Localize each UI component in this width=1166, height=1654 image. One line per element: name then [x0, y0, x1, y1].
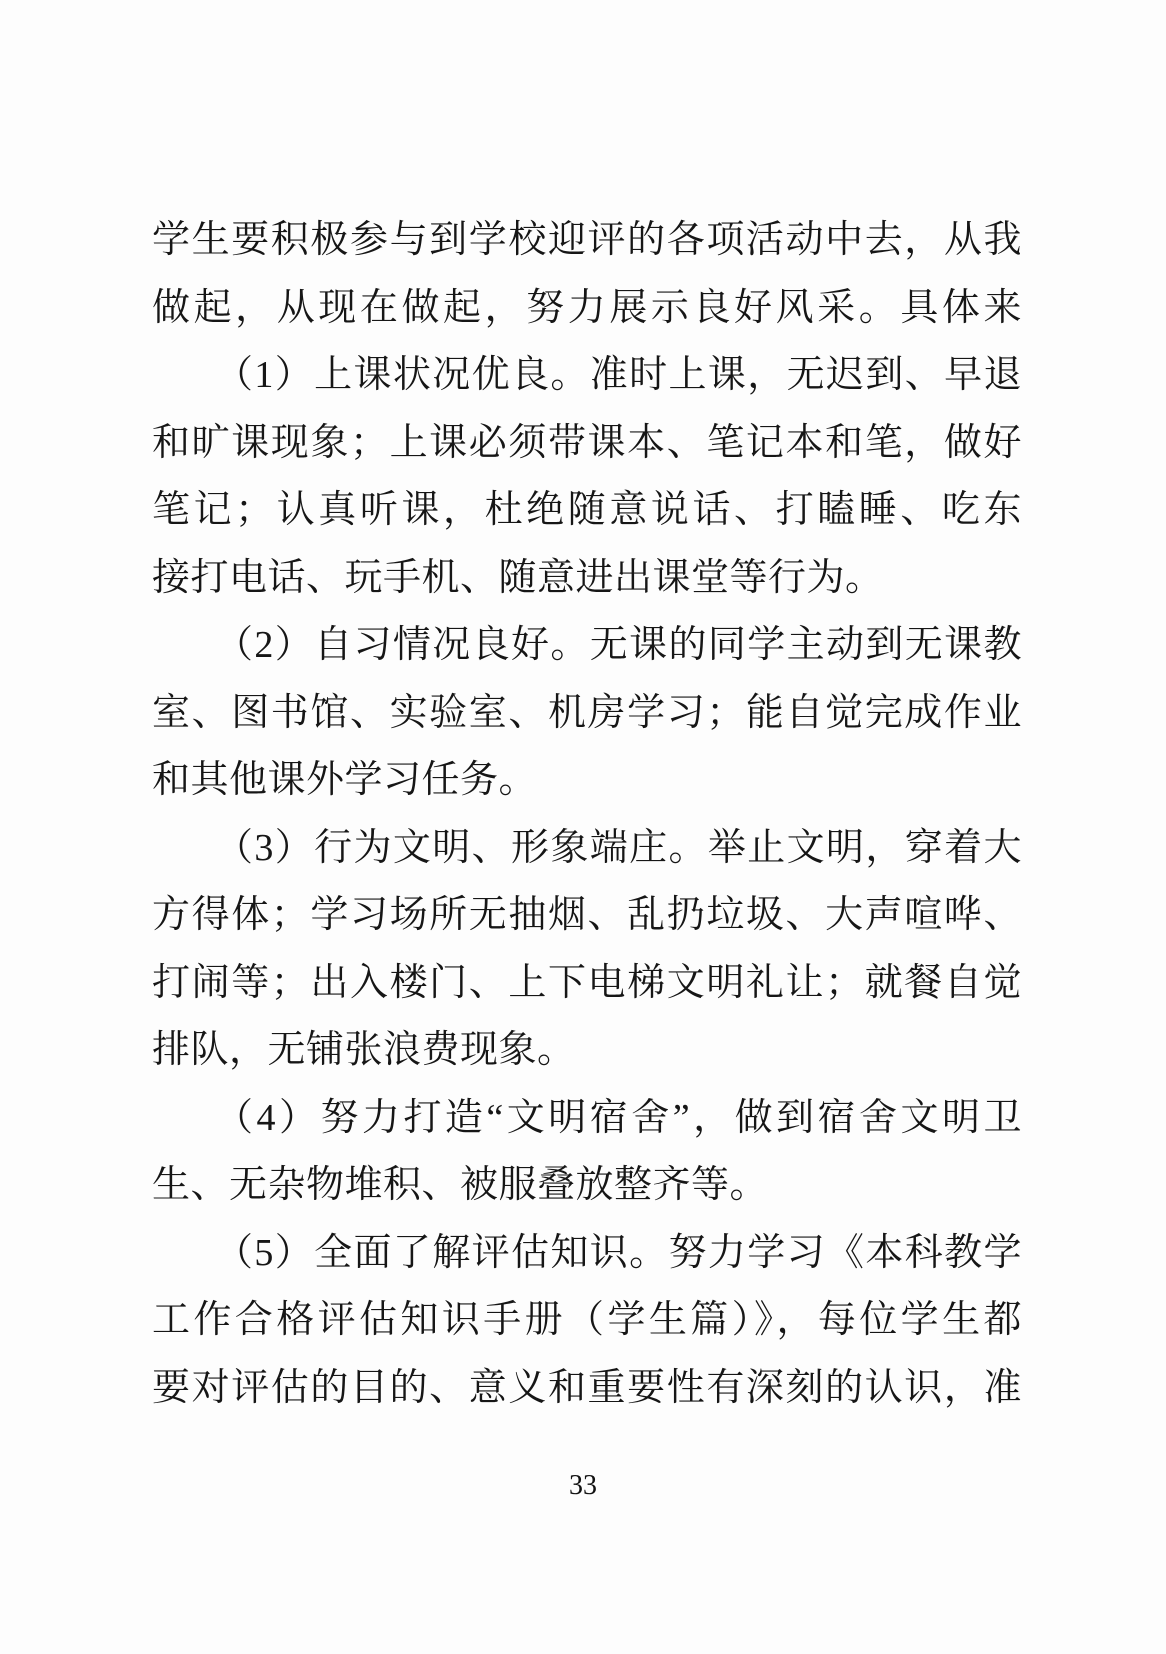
- text-line: （2）自习情况良好。无课的同学主动到无课教: [152, 612, 1022, 680]
- text-line: 室、图书馆、实验室、机房学习；能自觉完成作业: [152, 680, 1022, 748]
- text-line: 和其他课外学习任务。: [152, 747, 1022, 815]
- text-line: 学生要积极参与到学校迎评的各项活动中去，从我: [152, 207, 1022, 275]
- text-line: （3）行为文明、形象端庄。举止文明，穿着大: [152, 815, 1022, 883]
- text-line: 接打电话、玩手机、随意进出课堂等行为。: [152, 545, 1022, 613]
- text-line: （4）努力打造“文明宿舍”，做到宿舍文明卫: [152, 1085, 1022, 1153]
- text-line: 和旷课现象；上课必须带课本、笔记本和笔，做好: [152, 410, 1022, 478]
- text-line: 生、无杂物堆积、被服叠放整齐等。: [152, 1152, 1022, 1220]
- text-line: 排队，无铺张浪费现象。: [152, 1017, 1022, 1085]
- text-line: 笔记；认真听课，杜绝随意说话、打瞌睡、吃东西、: [152, 477, 1022, 545]
- text-line: 工作合格评估知识手册（学生篇）》，每位学生都: [152, 1287, 1022, 1355]
- page-number: 33: [0, 1466, 1166, 1506]
- text-line: 打闹等；出入楼门、上下电梯文明礼让；就餐自觉: [152, 950, 1022, 1018]
- text-line: 要对评估的目的、意义和重要性有深刻的认识，准: [152, 1355, 1022, 1423]
- body-text: 学生要积极参与到学校迎评的各项活动中去，从我做起，从现在做起，努力展示良好风采。…: [152, 207, 1022, 1422]
- document-page: 学生要积极参与到学校迎评的各项活动中去，从我做起，从现在做起，努力展示良好风采。…: [0, 0, 1166, 1654]
- text-line: 做起，从现在做起，努力展示良好风采。具体来说：: [152, 275, 1022, 343]
- text-line: （5）全面了解评估知识。努力学习《本科教学: [152, 1220, 1022, 1288]
- text-line: 方得体；学习场所无抽烟、乱扔垃圾、大声喧哗、: [152, 882, 1022, 950]
- text-line: （1）上课状况优良。准时上课，无迟到、早退: [152, 342, 1022, 410]
